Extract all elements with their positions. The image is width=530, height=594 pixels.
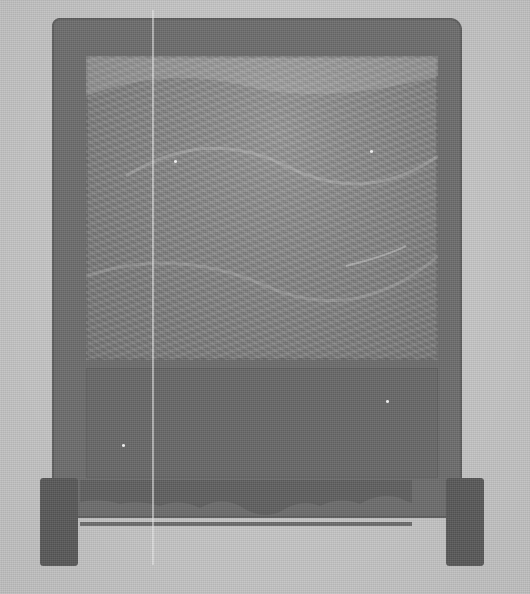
dust-speck bbox=[122, 444, 125, 447]
dust-speck bbox=[174, 160, 177, 163]
landscape-relief bbox=[86, 56, 438, 360]
dust-speck bbox=[370, 150, 373, 153]
lower-apron-panel bbox=[86, 368, 438, 478]
photo-crease-line bbox=[152, 10, 154, 565]
left-foot bbox=[40, 478, 78, 566]
scalloped-base-apron bbox=[60, 470, 412, 526]
dust-speck bbox=[386, 400, 389, 403]
right-foot bbox=[446, 478, 484, 566]
